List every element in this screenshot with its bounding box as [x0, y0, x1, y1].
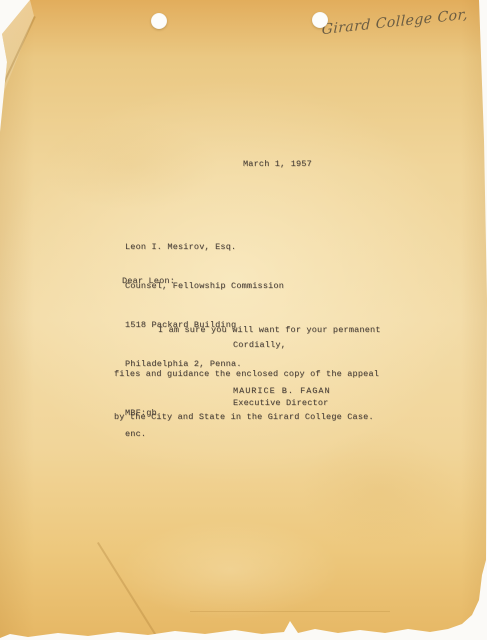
- crease-line-bottom-left: [97, 542, 160, 640]
- typist-reference-initials: MBF:gb: [125, 407, 157, 420]
- complimentary-closing: Cordially,: [233, 339, 286, 352]
- address-line: Leon I. Mesirov, Esq.: [125, 241, 284, 254]
- punch-hole-left: [151, 13, 167, 29]
- punch-hole-right: [312, 12, 328, 28]
- body-line: files and guidance the enclosed copy of …: [114, 367, 381, 382]
- body-line: I am sure you will want for your permane…: [114, 323, 381, 338]
- date-line: March 1, 1957: [243, 158, 312, 171]
- paper-stain: [40, 120, 220, 210]
- crease-line-bottom: [190, 611, 390, 612]
- signature-title: Executive Director: [233, 397, 328, 410]
- paper-sheet: Girard College Cor, March 1, 1957 Leon I…: [0, 0, 487, 640]
- handwritten-annotation: Girard College Cor,: [321, 5, 481, 38]
- scanned-letter-page: Girard College Cor, March 1, 1957 Leon I…: [0, 0, 487, 640]
- salutation: Dear Leon:: [122, 275, 175, 288]
- paper-stain: [120, 520, 340, 620]
- folded-corner: [0, 0, 70, 100]
- body-paragraph: I am sure you will want for your permane…: [114, 294, 381, 454]
- enclosure-notation: enc.: [125, 428, 146, 441]
